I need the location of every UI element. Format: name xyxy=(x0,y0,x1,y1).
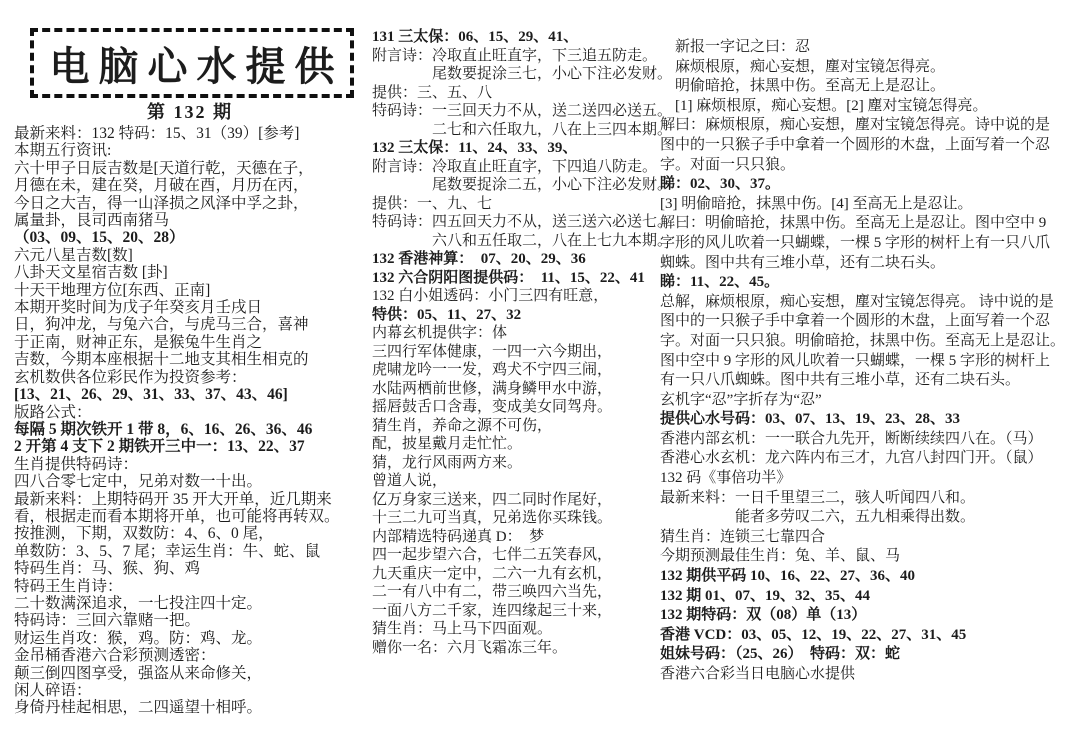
text-line: 睇：02、30、37。 xyxy=(660,175,1076,195)
text-line: 吉数，今期本座根据十二地支其相生相克的 xyxy=(14,351,366,368)
text-line: 字。对面一只只狼。明偷暗抢，抹黑中伤。至高无上是忍让。 xyxy=(660,332,1076,352)
text-line: 版路公式： xyxy=(14,404,366,421)
text-line: 新报一字记之曰：忍 xyxy=(660,38,1076,58)
text-line: （03、09、15、20、28） xyxy=(14,229,366,246)
text-line: 八卦天文星宿吉数 [卦] xyxy=(14,264,366,281)
text-line: 麻烦根原，痴心妄想，塵对宝镜怎得亮。 xyxy=(660,58,1076,78)
text-line: 摇唇鼓舌口含毒，变成美女同驾舟。 xyxy=(372,398,664,417)
right-column: 新报一字记之曰：忍 麻烦根原，痴心妄想，塵对宝镜怎得亮。 明偷暗抢，抹黑中伤。至… xyxy=(660,38,1076,685)
text-line: 十三二九可当真，兄弟选你买珠钱。 xyxy=(372,509,664,528)
left-column: 第 132 期 最新来料：132 特码：15、31（39）[参考]本期五行资讯:… xyxy=(14,101,366,717)
text-line: 本期五行资讯: xyxy=(14,142,366,159)
text-line: 最新来料：132 特码：15、31（39）[参考] xyxy=(14,125,366,142)
text-line: 闲人碎语： xyxy=(14,682,366,699)
text-line: 月德在未，建在癸，月破在酉，月历在丙， xyxy=(14,177,366,194)
sheet-title: 电脑心水提供 xyxy=(50,35,344,92)
text-line: 看，根据走而看本期将开单，也可能将再转双。 xyxy=(14,508,366,525)
text-line: 132 期供平码 10、16、22、27、36、40 xyxy=(660,567,1076,587)
text-line: 按推测，下期，双数防：4、6、0 尾， xyxy=(14,525,366,542)
text-line: 猜，龙行风雨两方来。 xyxy=(372,454,664,473)
text-line: 总解，麻烦根原，痴心妄想，塵对宝镜怎得亮。 诗中说的是 xyxy=(660,293,1076,313)
text-line: 赠你一名：六月飞霜冻三年。 xyxy=(372,639,664,658)
middle-column: 131 三太保：06、15、29、41、附言诗：冷取直止旺直字，下三追五防走。 … xyxy=(372,28,664,657)
text-line: 属量卦，艮司西南猪马 xyxy=(14,212,366,229)
text-line: 香港内部玄机：一一联合九先开，断断续续四八在。（马） xyxy=(660,430,1076,450)
text-line: 四八合零七定中，兄弟对数一十出。 xyxy=(14,473,366,490)
text-line: 虎啸龙吟一一发，鸡犬不宁四三闹， xyxy=(372,361,664,380)
text-line: 附言诗：冷取直止旺直字，下四追八防走。 xyxy=(372,158,664,177)
text-line: 单数防：3、5、7 尾；幸运生肖：牛、蛇、鼠 xyxy=(14,543,366,560)
title-box: 电脑心水提供 xyxy=(30,28,354,98)
lottery-tips-sheet: 电脑心水提供 第 132 期 最新来料：132 特码：15、31（39）[参考]… xyxy=(0,0,1080,729)
text-line: 二七和六任取九，八在上三四本期。 xyxy=(372,121,664,140)
text-line: 132 期 01、07、19、32、35、44 xyxy=(660,587,1076,607)
text-line: 提供心水号码：03、07、13、19、23、28、33 xyxy=(660,410,1076,430)
text-line: 财运生肖攻：猴，鸡。防：鸡、龙。 xyxy=(14,630,366,647)
text-line: 132 六合阴阳图提供码： 11、15、22、41 xyxy=(372,269,664,288)
text-line: 香港六合彩当日电脑心水提供 xyxy=(660,665,1076,685)
text-line: 特码诗：三回六靠赌一把。 xyxy=(14,612,366,629)
text-line: 生肖提供特码诗： xyxy=(14,456,366,473)
text-line: 亿万身家三送来，四二同时作尾好， xyxy=(372,491,664,510)
text-line: [3] 明偷暗抢，抹黑中伤。[4] 至高无上是忍让。 xyxy=(660,195,1076,215)
text-line: 一面八方二千家，连四缘起三十来， xyxy=(372,602,664,621)
text-line: 颠三倒四图享受，强盗从来命修关， xyxy=(14,665,366,682)
text-line: 玄机字“忍”字折存为“忍” xyxy=(660,391,1076,411)
text-line: 六八和五任取二，八在上七九本期。 xyxy=(372,232,664,251)
text-line: 猜生肖：马上马下四面观。 xyxy=(372,620,664,639)
text-line: 水陆两栖前世修，满身鳞甲水中游， xyxy=(372,380,664,399)
text-line: 金吊桶香港六合彩预测透密： xyxy=(14,647,366,664)
text-line: 能者多劳叹二六，五九相乘得出数。 xyxy=(660,508,1076,528)
text-line: 配，披星戴月走忙忙。 xyxy=(372,435,664,454)
text-line: 字形的风儿吹着一只蝴蝶，一棵 5 字形的树杆上有一只八爪 xyxy=(660,234,1076,254)
text-line: 十天干地理方位[东西、正南] xyxy=(14,282,366,299)
text-line: 今日之大吉，得一山泽损之风泽中孚之卦， xyxy=(14,195,366,212)
text-line: 身倚丹桂起相思，二四遥望十相呼。 xyxy=(14,699,366,716)
text-line: 本期开奖时间为戊子年癸亥月壬戌日 xyxy=(14,299,366,316)
text-line: 有一只八爪蜘蛛。图中共有三堆小草，还有二块石头。 xyxy=(660,371,1076,391)
text-line: 解曰：麻烦根原，痴心妄想，塵对宝镜怎得亮。诗中说的是 xyxy=(660,116,1076,136)
text-line: 特码生肖：马、猴、狗、鸡 xyxy=(14,560,366,577)
text-line: 提供：一、九、七 xyxy=(372,195,664,214)
text-line: [13、21、26、29、31、33、37、43、46] xyxy=(14,386,366,403)
text-line: 四一起步望六合，七伴二五笑春风， xyxy=(372,546,664,565)
text-line: 解曰：明偷暗抢，抹黑中伤。至高无上是忍让。图中空中 9 xyxy=(660,214,1076,234)
text-line: 香港心水玄机：龙六阵内布三才，九宫八封四门开。（鼠） xyxy=(660,449,1076,469)
text-line: 香港 VCD：03、05、12、19、22、27、31、45 xyxy=(660,626,1076,646)
text-line: 2 开第 4 支下 2 期铁开三中一：13、22、37 xyxy=(14,438,366,455)
text-line: 特码诗：一三回天力不从，送二送四必送五。 xyxy=(372,102,664,121)
text-line: 日，狗冲龙，与兔六合，与虎马三合，喜神 xyxy=(14,316,366,333)
text-line: 猜生肖：连锁三七靠四合 xyxy=(660,528,1076,548)
text-line: 内幕玄机提供字：体 xyxy=(372,324,664,343)
text-line: 特码王生肖诗： xyxy=(14,578,366,595)
text-line: 九天重庆一定中，二六一九有玄机， xyxy=(372,565,664,584)
text-line: 附言诗：冷取直止旺直字，下三追五防走。 xyxy=(372,47,664,66)
left-column-text: 最新来料：132 特码：15、31（39）[参考]本期五行资讯:六十甲子日辰吉数… xyxy=(14,125,366,717)
text-line: 二一有八中有二，带三唤四六当先， xyxy=(372,583,664,602)
middle-column-text: 131 三太保：06、15、29、41、附言诗：冷取直止旺直字，下三追五防走。 … xyxy=(372,28,664,657)
text-line: 图中的一只猴子手中拿着一个圆形的木盘，上面写着一个忍 xyxy=(660,312,1076,332)
text-line: 姐妹号码：（25、26） 特码：双：蛇 xyxy=(660,645,1076,665)
text-line: 明偷暗抢，抹黑中伤。至高无上是忍让。 xyxy=(660,77,1076,97)
right-column-text: 新报一字记之曰：忍 麻烦根原，痴心妄想，塵对宝镜怎得亮。 明偷暗抢，抹黑中伤。至… xyxy=(660,38,1076,685)
text-line: 132 白小姐透码：小门三四有旺意， xyxy=(372,287,664,306)
text-line: 132 码《事倍功半》 xyxy=(660,469,1076,489)
text-line: 二十数满深追求，一七投注四十定。 xyxy=(14,595,366,612)
text-line: 内部精选特码递真 D： 梦 xyxy=(372,528,664,547)
text-line: 131 三太保：06、15、29、41、 xyxy=(372,28,664,47)
text-line: 今期预测最佳生肖：兔、羊、鼠、马 xyxy=(660,547,1076,567)
text-line: 132 三太保：11、24、33、39、 xyxy=(372,139,664,158)
text-line: 最新来料：一日千里望三二，骇人听闻四八和。 xyxy=(660,489,1076,509)
text-line: 尾数要捉涂三七，小心下注必发财。 xyxy=(372,65,664,84)
text-line: 特码诗：四五回天力不从，送三送六必送七。 xyxy=(372,213,664,232)
text-line: 曾道人说， xyxy=(372,472,664,491)
text-line: 提供：三、五、八 xyxy=(372,84,664,103)
text-line: 132 期特码：双（08）单（13） xyxy=(660,606,1076,626)
text-line: 于正南，财神正东，是猴兔牛生肖之 xyxy=(14,334,366,351)
text-line: 特供：05、11、27、32 xyxy=(372,306,664,325)
text-line: 图中空中 9 字形的风儿吹着一只蝴蝶，一棵 5 字形的树杆上 xyxy=(660,352,1076,372)
text-line: 玄机数供各位彩民作为投资参考： xyxy=(14,369,366,386)
text-line: 最新来料：上期特码开 35 开大开单，近几期来 xyxy=(14,491,366,508)
issue-number-heading: 第 132 期 xyxy=(14,101,366,123)
text-line: 每隔 5 期次铁开 1 带 8，6、16、26、36、46 xyxy=(14,421,366,438)
text-line: 六十甲子日辰吉数是[天道行乾，天德在子， xyxy=(14,160,366,177)
text-line: 猜生肖，养命之源不可伤， xyxy=(372,417,664,436)
text-line: [1] 麻烦根原，痴心妄想。[2] 塵对宝镜怎得亮。 xyxy=(660,97,1076,117)
text-line: 蜘蛛。图中共有三堆小草，还有二块石头。 xyxy=(660,254,1076,274)
text-line: 六元八星吉数[数] xyxy=(14,247,366,264)
text-line: 字。对面一只只狼。 xyxy=(660,156,1076,176)
text-line: 132 香港神算： 07、20、29、36 xyxy=(372,250,664,269)
text-line: 尾数要捉涂二五，小心下注必发财。 xyxy=(372,176,664,195)
text-line: 睇：11、22、45。 xyxy=(660,273,1076,293)
text-line: 三四行军体健康，一四一六今期出， xyxy=(372,343,664,362)
text-line: 图中的一只猴子手中拿着一个圆形的木盘，上面写着一个忍 xyxy=(660,136,1076,156)
